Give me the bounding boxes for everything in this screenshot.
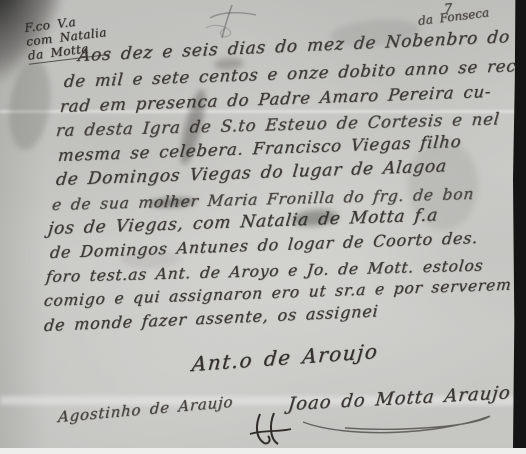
scan-edge-black-strip bbox=[513, 0, 526, 448]
corner-scribble: da Fonseca bbox=[417, 5, 490, 28]
scan-edge-bottom-border bbox=[0, 448, 526, 454]
paraph-rubric-icon bbox=[248, 412, 292, 448]
signature-joao-da-motta-araujo: Joao do Motta Araujo bbox=[287, 382, 512, 415]
signature-flourish bbox=[285, 412, 500, 438]
signature-antonio-de-araujo: Ant.o de Aroujo bbox=[191, 339, 379, 376]
manuscript-page: F.co V.a com Natalia da Motta 7 da Fonse… bbox=[0, 0, 526, 454]
